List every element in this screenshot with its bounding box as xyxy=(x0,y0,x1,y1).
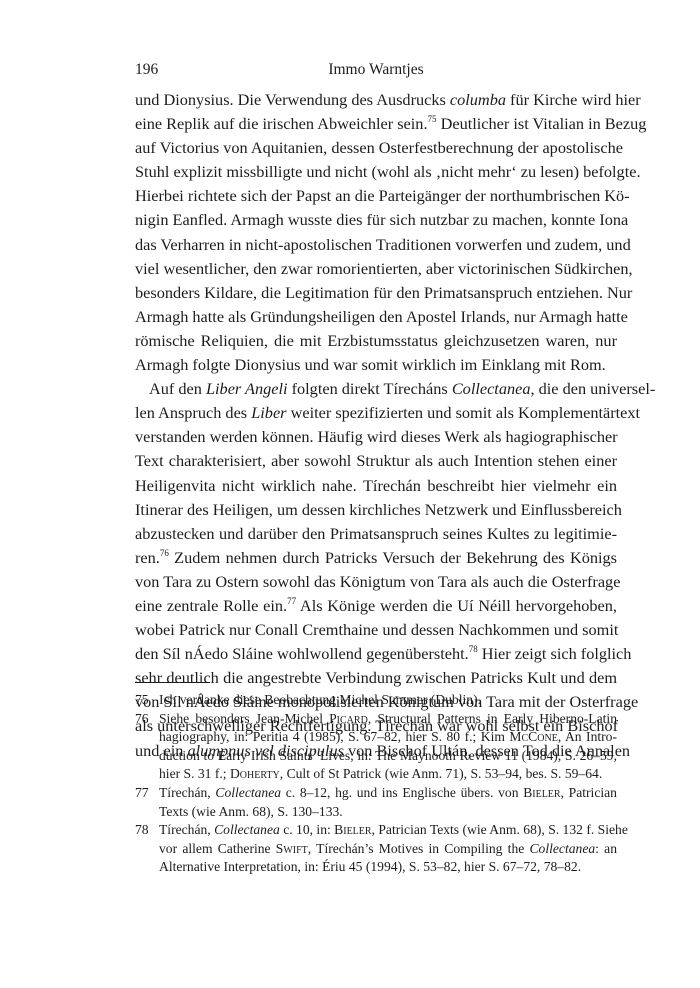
body-line: besonders Kildare, die Legitimation für … xyxy=(135,281,617,305)
body-line: wobei Patrick nur Conall Cremthaine und … xyxy=(135,618,617,642)
footnote-number: 78 xyxy=(135,821,149,840)
footnotes: 75Ich verdanke diese Beobachtung Michel … xyxy=(135,691,617,877)
text-run: von Tara zu Ostern sowohl das Königtum v… xyxy=(135,572,620,591)
text-run: vor allem Catherine xyxy=(159,841,276,856)
text-run: auf Victorius von Aquitanien, dessen Ost… xyxy=(135,138,623,157)
body-line: Text charakterisiert, aber sowohl Strukt… xyxy=(135,449,617,473)
text-run: Zudem nehmen durch Patricks Versuch der … xyxy=(169,548,617,567)
body-line: ren.76 Zudem nehmen durch Patricks Versu… xyxy=(135,546,617,570)
text-run: sehr deutlich die angestrebte Verbindung… xyxy=(135,668,617,687)
author-name: Swift xyxy=(276,841,308,856)
body-line: Auf den Liber Angeli folgten direkt Tíre… xyxy=(135,377,617,401)
text-run: Tírechán, xyxy=(159,785,215,800)
text-run: Als Könige werden die Uí Néill hervorgeh… xyxy=(296,596,617,615)
footnote-reference[interactable]: 76 xyxy=(160,548,169,558)
text-run: eine zentrale Rolle ein. xyxy=(135,596,287,615)
footnote-line: Tírechán, Collectanea c. 8–12, hg. und i… xyxy=(159,784,617,803)
footnote-number: 77 xyxy=(135,784,149,803)
body-line: römische Reliquien, die mit Erzbistumsst… xyxy=(135,329,617,353)
body-line: viel wesentlicher, den zwar romorientier… xyxy=(135,257,617,281)
text-run: wobei Patrick nur Conall Cremthaine und … xyxy=(135,620,618,639)
text-run: Hier zeigt sich folglich xyxy=(478,644,632,663)
italic-text: Liber xyxy=(251,403,286,422)
author-name: Doherty xyxy=(230,766,280,781)
footnote-line: hier S. 31 f.; Doherty, Cult of St Patri… xyxy=(159,765,617,784)
text-run: duction to Early Irish Saints’ Lives, in… xyxy=(159,748,617,763)
body-line: eine zentrale Rolle ein.77 Als Könige we… xyxy=(135,594,617,618)
text-run: Heiligenvita nicht wirklich nahe. Tírech… xyxy=(135,476,617,495)
body-line: len Anspruch des Liber weiter spezifizie… xyxy=(135,401,617,425)
text-run: , Structural Patterns in Early Hiberno-L… xyxy=(368,711,617,726)
text-run: viel wesentlicher, den zwar romorientier… xyxy=(135,259,633,278)
text-run: Ich verdanke diese Beobachtung Michel Su… xyxy=(159,692,481,707)
footnote-line: Tírechán, Collectanea c. 10, in: Bieler,… xyxy=(159,821,617,840)
footnote-number: 75 xyxy=(135,691,149,710)
author-name: McCone xyxy=(509,729,557,744)
text-run: hier S. 31 f.; xyxy=(159,766,230,781)
text-run: und Dionysius. Die Verwendung des Ausdru… xyxy=(135,90,450,109)
running-head: Immo Warntjes xyxy=(0,61,700,79)
text-run: das Verharren in nicht-apostolischen Tra… xyxy=(135,235,631,254)
text-run: c. 8–12, hg. und ins Englische übers. vo… xyxy=(281,785,523,800)
body-line: Heiligenvita nicht wirklich nahe. Tírech… xyxy=(135,474,617,498)
text-run: Texts (wie Anm. 68), S. 130–133. xyxy=(159,804,343,819)
text-run: len Anspruch des xyxy=(135,403,251,422)
text-run: , Patrician xyxy=(561,785,617,800)
text-run: Itinerar des Heiligen, um dessen kirchli… xyxy=(135,500,622,519)
body-line: sehr deutlich die angestrebte Verbindung… xyxy=(135,666,617,690)
text-run: c. 10, in: xyxy=(280,822,334,837)
text-run: , Cult of St Patrick (wie Anm. 71), S. 5… xyxy=(280,766,602,781)
body-line: von Tara zu Ostern sowohl das Königtum v… xyxy=(135,570,617,594)
footnote-line: duction to Early Irish Saints’ Lives, in… xyxy=(159,747,617,766)
text-run: weiter spezifizierten und somit als Komp… xyxy=(287,403,641,422)
text-run: römische Reliquien, die mit Erzbistumsst… xyxy=(135,331,617,350)
footnote-line: vor allem Catherine Swift, Tírechán’s Mo… xyxy=(159,840,617,859)
text-run: , die den universel- xyxy=(530,379,655,398)
italic-text: Collectanea xyxy=(215,785,281,800)
text-run: Text charakterisiert, aber sowohl Strukt… xyxy=(135,451,617,470)
text-run: hagiography, in: Peritia 4 (1985), S. 67… xyxy=(159,729,509,744)
text-run: , An Intro- xyxy=(558,729,617,744)
text-run: besonders Kildare, die Legitimation für … xyxy=(135,283,632,302)
text-run: Stuhl explizit missbilligte und nicht (w… xyxy=(135,162,641,181)
text-run: Armagh folgte Dionysius und war somit wi… xyxy=(135,355,606,374)
body-line: nigin Eanfled. Armagh wusste dies für si… xyxy=(135,208,617,232)
author-name: Picard xyxy=(329,711,368,726)
body-line: den Síl nÁedo Sláine wohlwollend gegenüb… xyxy=(135,642,617,666)
italic-text: Liber Angeli xyxy=(206,379,288,398)
footnote-76: 76Siehe besonders Jean-Michel Picard, St… xyxy=(135,710,617,784)
body-line: und Dionysius. Die Verwendung des Ausdru… xyxy=(135,88,617,112)
text-run: Deutlicher ist Vitalian in Bezug xyxy=(437,114,647,133)
text-run: , Patrician Texts (wie Anm. 68), S. 132 … xyxy=(372,822,628,837)
text-run: Alternative Interpretation, in: Ériu 45 … xyxy=(159,859,581,874)
body-line: das Verharren in nicht-apostolischen Tra… xyxy=(135,233,617,257)
footnote-number: 76 xyxy=(135,710,149,729)
footnote-divider xyxy=(135,682,210,683)
footnote-75: 75Ich verdanke diese Beobachtung Michel … xyxy=(135,691,617,710)
text-run: Hierbei richtete sich der Papst an die P… xyxy=(135,186,630,205)
footnote-77: 77Tírechán, Collectanea c. 8–12, hg. und… xyxy=(135,784,617,821)
body-line: Itinerar des Heiligen, um dessen kirchli… xyxy=(135,498,617,522)
text-run: ren. xyxy=(135,548,160,567)
author-name: Bieler xyxy=(334,822,371,837)
italic-text: columba xyxy=(450,90,506,109)
text-run: , Tírechán’s Motives in Compiling the xyxy=(308,841,530,856)
italic-text: Collectanea xyxy=(529,841,595,856)
text-run: eine Replik auf die irischen Abweichler … xyxy=(135,114,428,133)
text-run: : an xyxy=(595,841,617,856)
body-line: Armagh folgte Dionysius und war somit wi… xyxy=(135,353,617,377)
footnote-78: 78Tírechán, Collectanea c. 10, in: Biele… xyxy=(135,821,617,877)
text-run: Auf den xyxy=(149,379,206,398)
footnote-line: Ich verdanke diese Beobachtung Michel Su… xyxy=(159,691,617,710)
body-line: verstanden werden können. Häufig wird di… xyxy=(135,425,617,449)
text-run: folgten direkt Tírecháns xyxy=(288,379,452,398)
text-run: Armagh hatte als Gründungsheiligen den A… xyxy=(135,307,628,326)
footnote-reference[interactable]: 78 xyxy=(469,644,478,654)
body-line: Hierbei richtete sich der Papst an die P… xyxy=(135,184,617,208)
footnote-line: Texts (wie Anm. 68), S. 130–133. xyxy=(159,803,617,822)
footnote-reference[interactable]: 75 xyxy=(428,114,437,124)
body-line: Armagh hatte als Gründungsheiligen den A… xyxy=(135,305,617,329)
text-run: nigin Eanfled. Armagh wusste dies für si… xyxy=(135,210,628,229)
footnote-line: hagiography, in: Peritia 4 (1985), S. 67… xyxy=(159,728,617,747)
author-name: Bieler xyxy=(523,785,560,800)
italic-text: Collectanea xyxy=(214,822,280,837)
footnote-line: Siehe besonders Jean-Michel Picard, Stru… xyxy=(159,710,617,729)
text-run: verstanden werden können. Häufig wird di… xyxy=(135,427,618,446)
italic-text: Collectanea xyxy=(452,379,531,398)
footnote-line: Alternative Interpretation, in: Ériu 45 … xyxy=(159,858,617,877)
text-run: Tírechán, xyxy=(159,822,214,837)
body-text: und Dionysius. Die Verwendung des Ausdru… xyxy=(135,88,617,763)
footnote-reference[interactable]: 77 xyxy=(287,596,296,606)
text-run: den Síl nÁedo Sláine wohlwollend gegenüb… xyxy=(135,644,469,663)
body-line: auf Victorius von Aquitanien, dessen Ost… xyxy=(135,136,617,160)
text-run: abzustecken und darüber den Primatsanspr… xyxy=(135,524,617,543)
text-run: Siehe besonders Jean-Michel xyxy=(159,711,329,726)
body-line: eine Replik auf die irischen Abweichler … xyxy=(135,112,617,136)
text-run: für Kirche wird hier xyxy=(506,90,641,109)
body-line: Stuhl explizit missbilligte und nicht (w… xyxy=(135,160,617,184)
body-line: abzustecken und darüber den Primatsanspr… xyxy=(135,522,617,546)
